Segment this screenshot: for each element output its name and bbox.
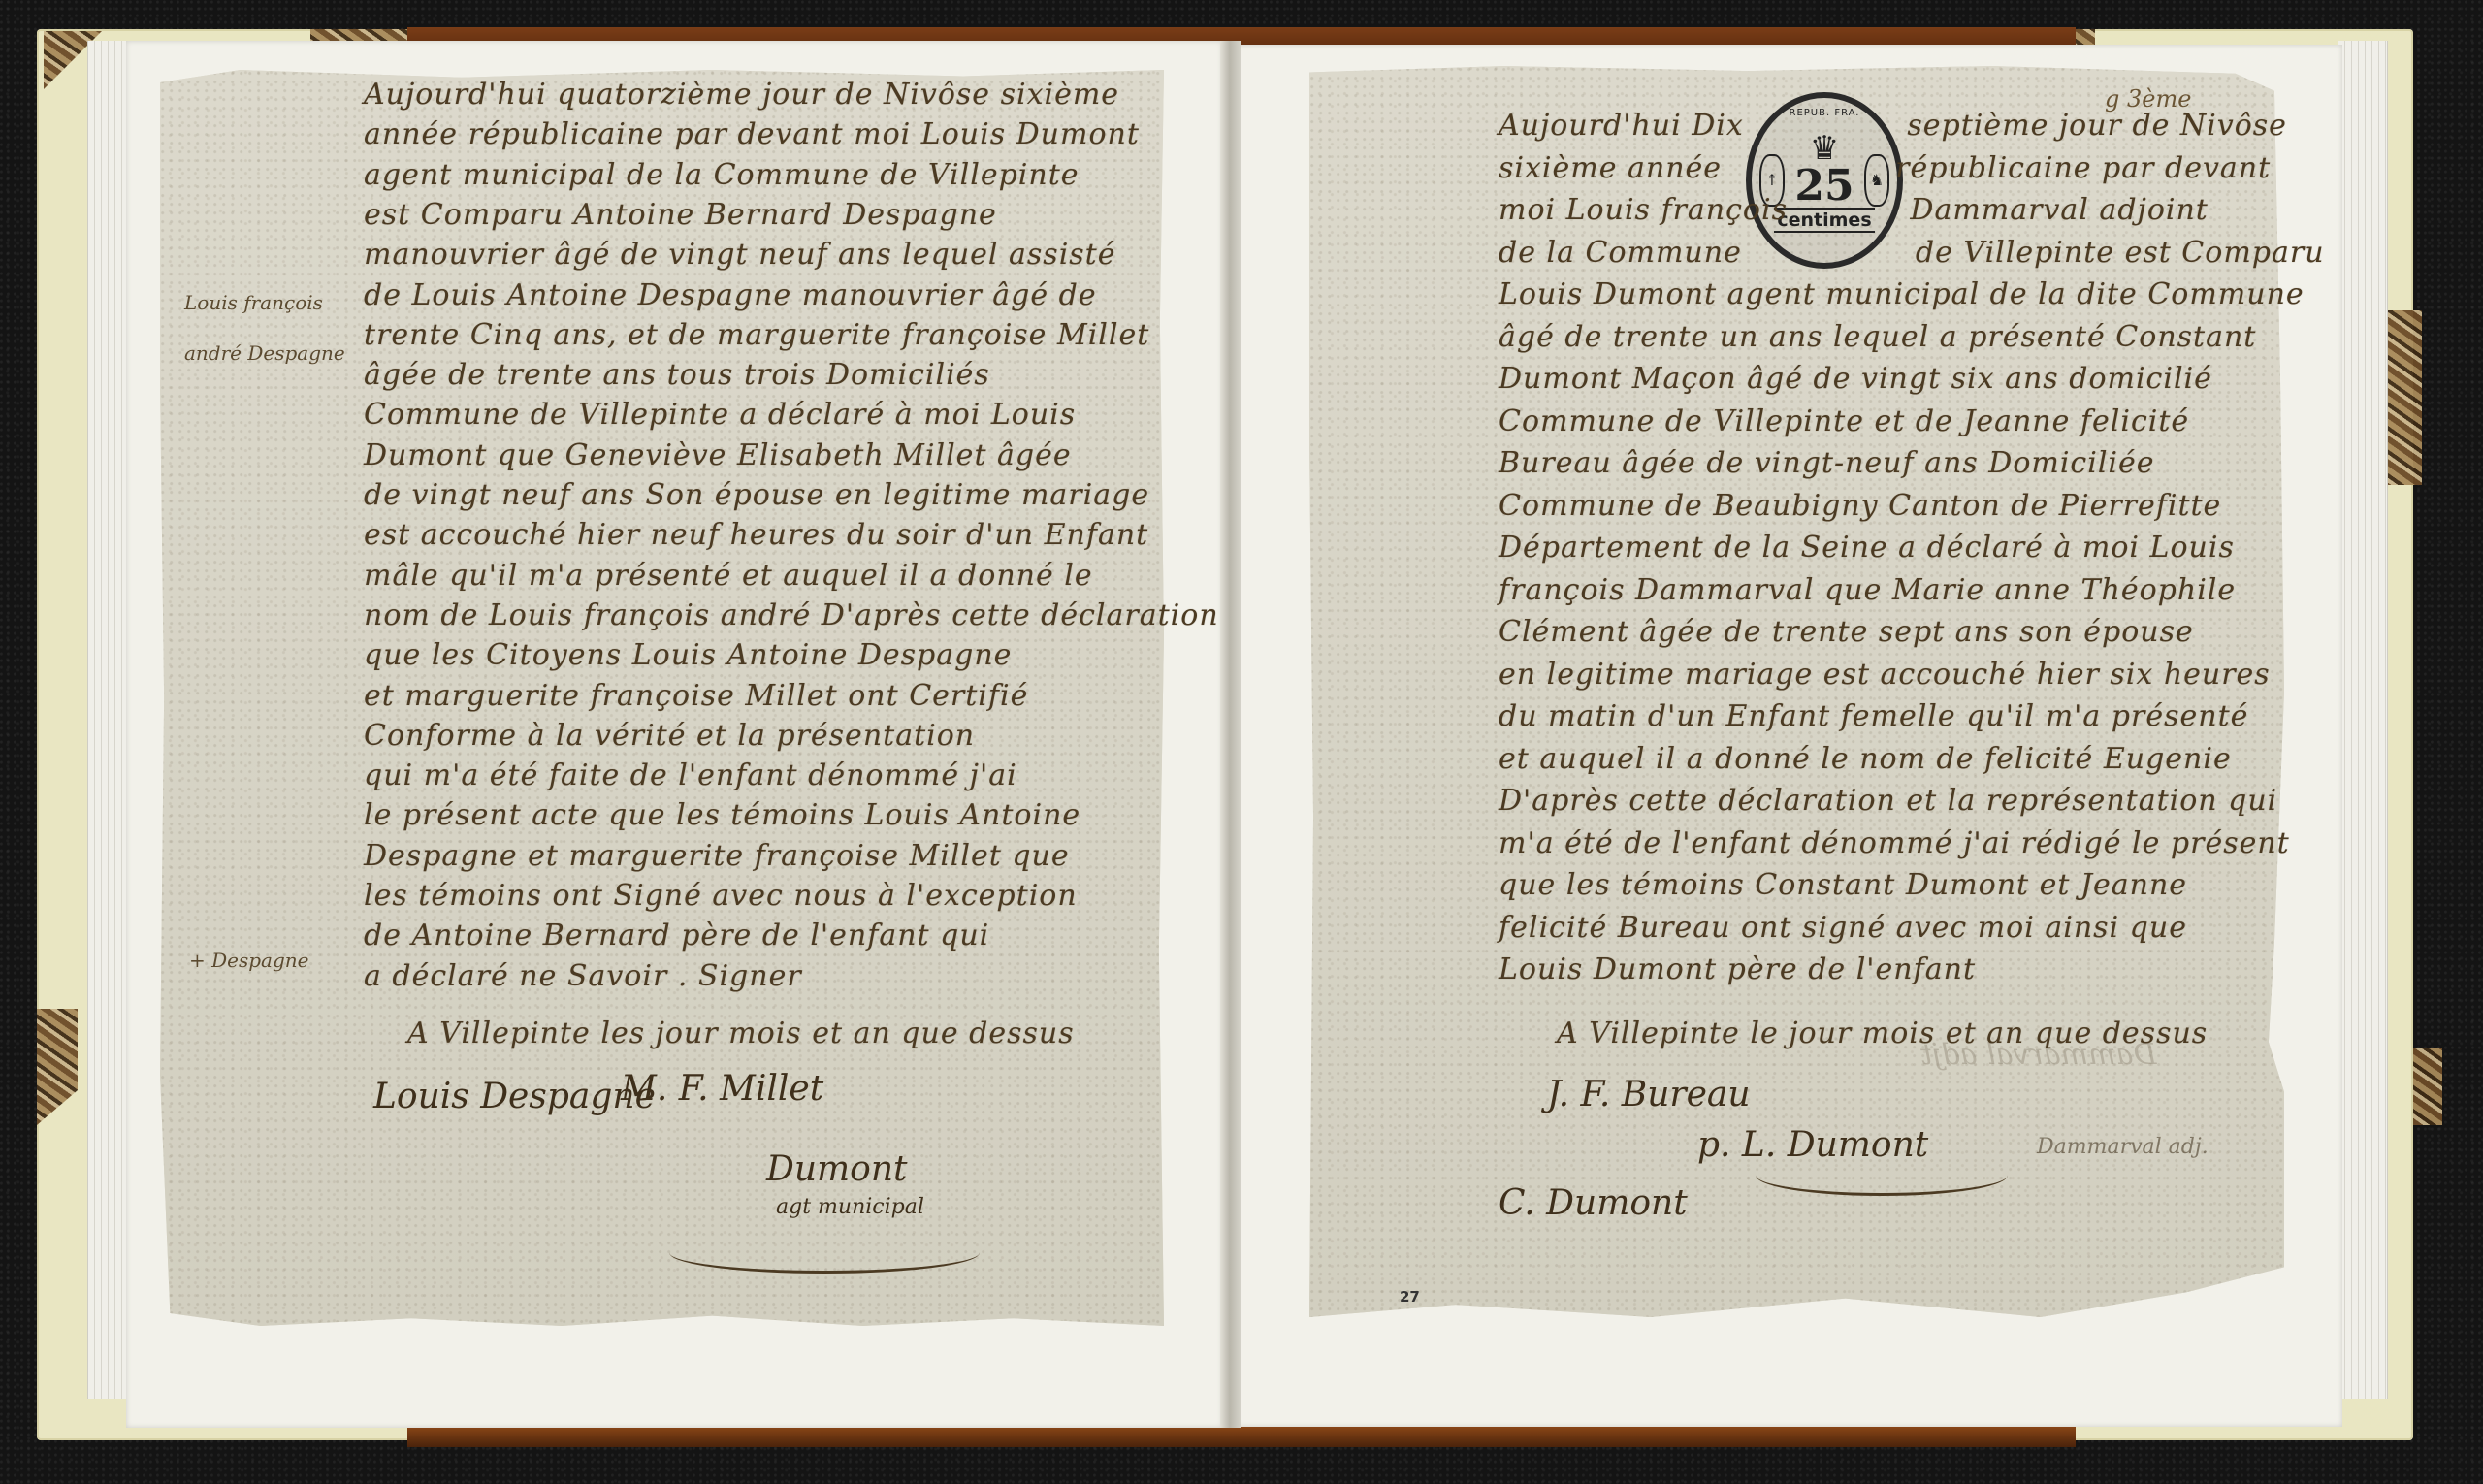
- left-text-line: nom de Louis françois andré D'après cett…: [364, 598, 1219, 632]
- left-closing-formula: A Villepinte les jour mois et an que des…: [407, 1016, 1075, 1050]
- right-text-line: et auquel il a donné le nom de felicité …: [1499, 742, 2232, 776]
- right-text-line: sixième année républicaine par devant: [1499, 151, 2271, 185]
- signature-despagne: Louis Despagne: [373, 1077, 656, 1116]
- left-text-line: a déclaré ne Savoir . Signer: [364, 959, 802, 993]
- left-text-line: Aujourd'hui quatorzième jour de Nivôse s…: [364, 78, 1119, 112]
- left-text-line: manouvrier âgé de vingt neuf ans lequel …: [364, 238, 1116, 272]
- signature-flourish: [669, 1232, 980, 1274]
- right-text-line: Commune de Beaubigny Canton de Pierrefit…: [1499, 489, 2221, 523]
- left-text-line: Despagne et marguerite françoise Millet …: [364, 839, 1070, 873]
- right-text-line: Clément âgée de trente sept ans son épou…: [1499, 615, 2194, 649]
- left-text-line: le présent acte que les témoins Louis An…: [364, 798, 1080, 832]
- left-text-line: de Antoine Bernard père de l'enfant qui: [364, 919, 989, 952]
- right-text-line: D'après cette déclaration et la représen…: [1499, 784, 2277, 818]
- leather-spine-bottom: [407, 1426, 2076, 1447]
- left-text-line: âgée de trente ans tous trois Domiciliés: [364, 358, 990, 392]
- marbled-corner-bottom-right: [2413, 1048, 2442, 1125]
- right-text-line: de la Commune de Villepinte est Comparu: [1499, 236, 2325, 270]
- right-text-line: Louis Dumont agent municipal de la dite …: [1499, 277, 2305, 311]
- right-text-line: du matin d'un Enfant femelle qu'il m'a p…: [1499, 699, 2248, 733]
- left-text-line: Dumont que Geneviève Elisabeth Millet âg…: [364, 438, 1072, 472]
- left-text-line: mâle qu'il m'a présenté et auquel il a d…: [364, 559, 1093, 593]
- right-text-line: françois Dammarval que Marie anne Théoph…: [1499, 573, 2236, 607]
- right-closing-formula: A Villepinte le jour mois et an que dess…: [1557, 1016, 2208, 1050]
- right-text-line: âgé de trente un ans lequel a présenté C…: [1499, 320, 2256, 354]
- right-text-line: Bureau âgée de vingt-neuf ans Domiciliée: [1499, 446, 2155, 480]
- right-text-line: moi Louis françois Dammarval adjoint: [1499, 193, 2209, 227]
- signature-c-dumont: C. Dumont: [1499, 1183, 1688, 1223]
- left-text-line: est Comparu Antoine Bernard Despagne: [364, 198, 997, 232]
- margin-note-surname: andré Despagne: [184, 341, 345, 365]
- left-text-line: trente Cinq ans, et de marguerite franço…: [364, 318, 1149, 352]
- left-text-line: de vingt neuf ans Son épouse en legitime…: [364, 478, 1149, 512]
- left-text-line: que les Citoyens Louis Antoine Despagne: [364, 638, 1012, 672]
- right-text-line: felicité Bureau ont signé avec moi ainsi…: [1499, 911, 2187, 945]
- right-text-line: que les témoins Constant Dumont et Jeann…: [1499, 868, 2187, 902]
- left-text-line: Conforme à la vérité et la présentation: [364, 719, 975, 753]
- left-text-line: est accouché hier neuf heures du soir d'…: [364, 518, 1148, 552]
- left-text-line: année républicaine par devant moi Louis …: [364, 117, 1140, 151]
- right-text-line: en legitime mariage est accouché hier si…: [1499, 658, 2271, 692]
- signature-flourish-right: [1756, 1154, 2008, 1196]
- margin-note-name: Louis françois: [184, 291, 323, 314]
- right-text-line: Louis Dumont père de l'enfant: [1499, 952, 1976, 986]
- signature-dammarval: Dammarval adj.: [2037, 1135, 2209, 1159]
- right-text-line: m'a été de l'enfant dénommé j'ai rédigé …: [1499, 826, 2290, 860]
- book-gutter: [1220, 41, 1241, 1428]
- signature-title: agt municipal: [776, 1195, 924, 1219]
- right-text-line: Commune de Villepinte et de Jeanne felic…: [1499, 404, 2189, 438]
- left-text-line: Commune de Villepinte a déclaré à moi Lo…: [364, 398, 1076, 432]
- signature-bureau: J. F. Bureau: [1547, 1075, 1751, 1114]
- left-text-line: les témoins ont Signé avec nous à l'exce…: [364, 879, 1078, 913]
- right-text-line: Département de la Seine a déclaré à moi …: [1499, 531, 2235, 565]
- left-text-line: agent municipal de la Commune de Villepi…: [364, 158, 1080, 192]
- margin-note-correction: + Despagne: [189, 949, 309, 972]
- right-text-line: Dumont Maçon âgé de vingt six ans domici…: [1499, 362, 2212, 396]
- right-text-line: Aujourd'hui Dix septième jour de Nivôse: [1499, 109, 2287, 143]
- page-stack-right: [2338, 41, 2388, 1399]
- left-text-line: qui m'a été faite de l'enfant dénommé j'…: [364, 758, 1017, 792]
- left-text-line: et marguerite françoise Millet ont Certi…: [364, 679, 1028, 713]
- signature-dumont: Dumont: [766, 1149, 908, 1189]
- folio-number: 27: [1400, 1288, 1420, 1306]
- signature-millet: M. F. Millet: [621, 1069, 823, 1109]
- left-text-line: de Louis Antoine Despagne manouvrier âgé…: [364, 278, 1097, 312]
